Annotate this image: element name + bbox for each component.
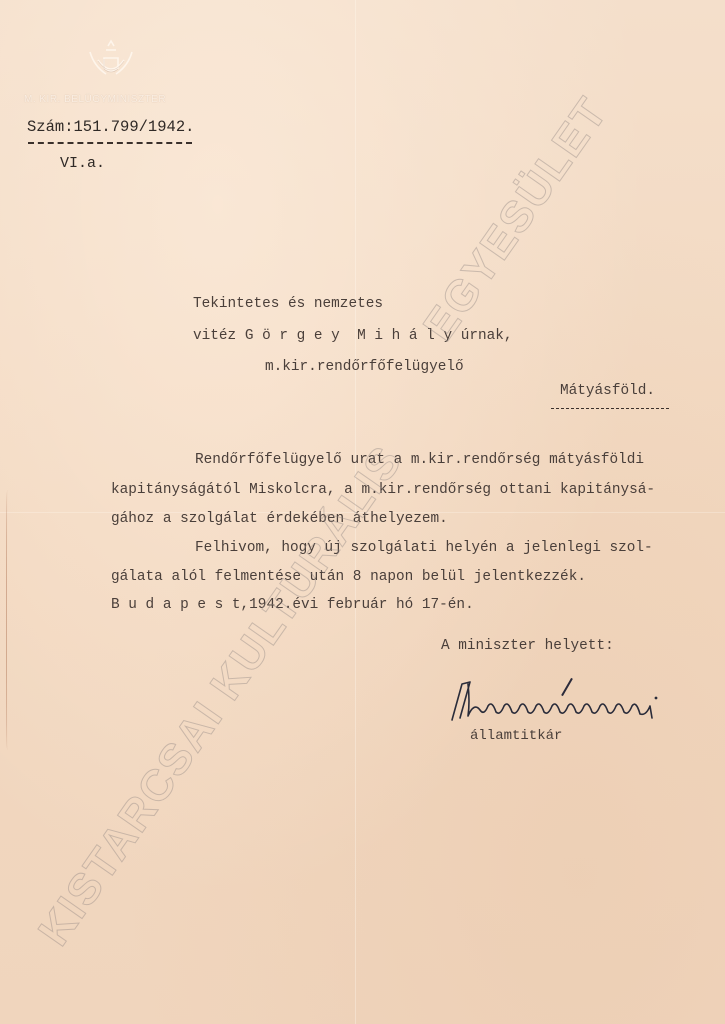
- body-paragraph2-line2: gálata alól felmentése után 8 napon belü…: [111, 569, 586, 585]
- embossed-coat-of-arms-icon: [80, 38, 142, 84]
- body-paragraph2-line1: Felhivom, hogy új szolgálati helyén a je…: [195, 540, 653, 556]
- department-code: VI.a.: [60, 155, 105, 172]
- addressee-rank: m.kir.rendőrfőfelügyelő: [265, 359, 464, 375]
- place-underline: [551, 408, 669, 409]
- letterhead-issuer: M. KIR. BELÜGYMINISZTER: [24, 94, 194, 105]
- handwritten-signature: [440, 672, 670, 732]
- paper-edge-mark: [6, 490, 9, 750]
- body-paragraph1-line1: Rendőrfőfelügyelő urat a m.kir.rendőrség…: [195, 452, 644, 468]
- closing-title: államtitkár: [470, 728, 562, 744]
- closing-on-behalf: A miniszter helyett:: [441, 638, 614, 654]
- reference-underline: [28, 142, 192, 144]
- reference-number: Szám:151.799/1942.: [27, 118, 194, 136]
- addressee-salutation: Tekintetes és nemzetes: [193, 296, 383, 312]
- addressee-place: Mátyásföld.: [560, 383, 655, 399]
- document-page: M. KIR. BELÜGYMINISZTER Szám:151.799/194…: [0, 0, 725, 1024]
- body-paragraph1-line3: gához a szolgálat érdekében áthelyezem.: [111, 511, 448, 527]
- watermark-text-continued: EGYESÜLET: [414, 88, 618, 350]
